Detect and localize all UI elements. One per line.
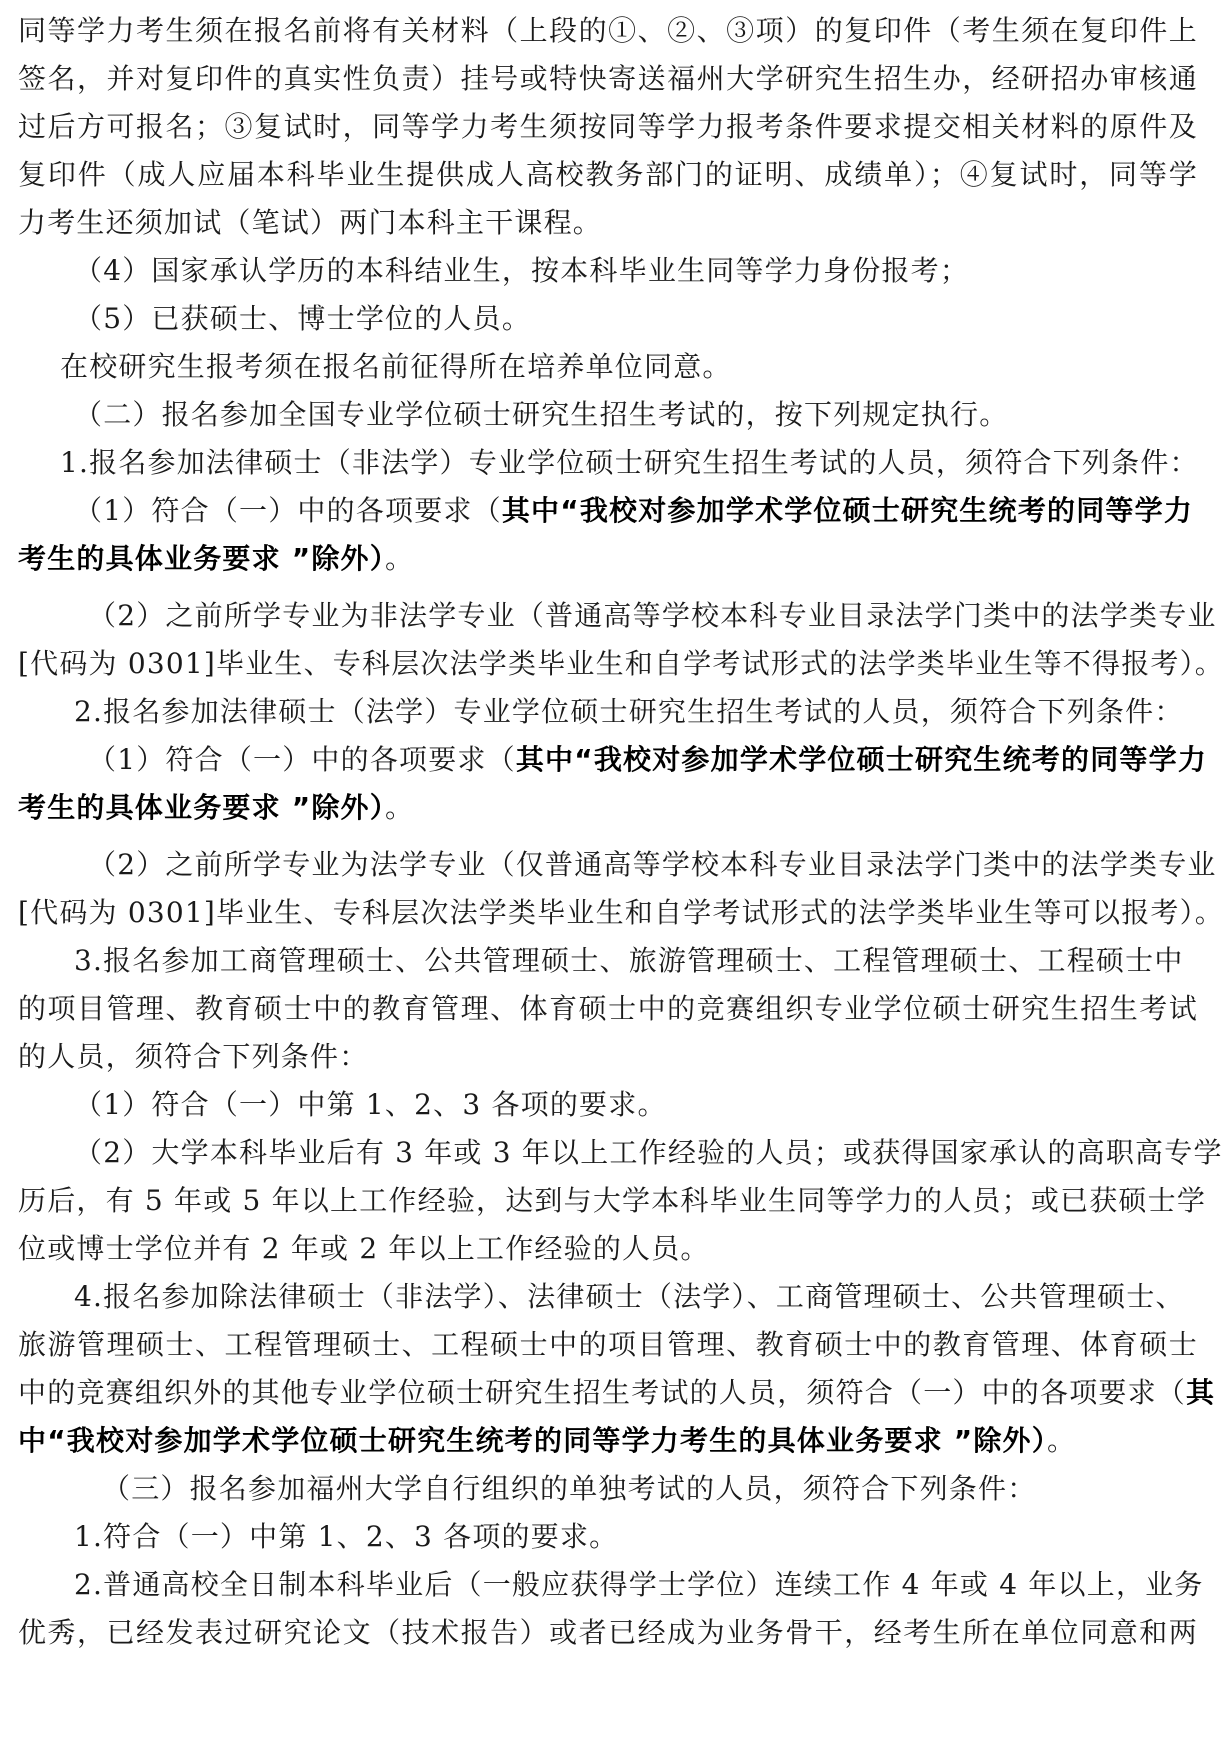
text-segment: 旅游管理硕士、工程管理硕士、工程硕士中的项目管理、教育硕士中的教育管理、体育硕士 <box>18 1328 1198 1361</box>
text-segment: 的项目管理、教育硕士中的教育管理、体育硕士中的竞赛组织专业学位硕士研究生招生考试 <box>18 992 1198 1025</box>
text-segment: （二）报名参加全国专业学位硕士研究生招生考试的，按下列规定执行。 <box>74 398 1008 431</box>
text-segment: 复印件（成人应届本科毕业生提供成人高校教务部门的证明、成绩单）；④复试时，同等学 <box>18 158 1198 191</box>
document-line: 力考生还须加试（笔试）两门本科主干课程。 <box>18 199 602 247</box>
document-line: 1.报名参加法律硕士（非法学）专业学位硕士研究生招生考试的人员，须符合下列条件： <box>60 439 1199 487</box>
text-segment: （5）已获硕士、博士学位的人员。 <box>74 302 531 335</box>
text-segment: 历后，有 5 年或 5 年以上工作经验，达到与大学本科毕业生同等学力的人员；或已… <box>18 1184 1206 1217</box>
bold-text-segment: 其中“我校对参加学术学位硕士研究生统考的同等学力 <box>516 743 1207 776</box>
document-line: [代码为 0301]毕业生、专科层次法学类毕业生和自学考试形式的法学类毕业生等不… <box>18 640 1224 688</box>
text-segment: 。 <box>385 791 414 824</box>
document-line: （二）报名参加全国专业学位硕士研究生招生考试的，按下列规定执行。 <box>74 391 1008 439</box>
document-line: 中的竞赛组织外的其他专业学位硕士研究生招生考试的人员，须符合（一）中的各项要求（… <box>18 1369 1215 1417</box>
document-line: （1）符合（一）中的各项要求（其中“我校对参加学术学位硕士研究生统考的同等学力 <box>74 487 1193 535</box>
document-line: 复印件（成人应届本科毕业生提供成人高校教务部门的证明、成绩单）；④复试时，同等学 <box>18 151 1198 199</box>
text-segment: 过后方可报名；③复试时，同等学力考生须按同等学力报考条件要求提交相关材料的原件及 <box>18 110 1198 143</box>
document-line: 3.报名参加工商管理硕士、公共管理硕士、旅游管理硕士、工程管理硕士、工程硕士中 <box>74 937 1184 985</box>
document-line: （4）国家承认学历的本科结业生，按本科毕业生同等学力身份报考； <box>74 247 969 295</box>
bold-text-segment: 考生的具体业务要求 ”除外） <box>18 791 385 824</box>
document-line: 考生的具体业务要求 ”除外）。 <box>18 535 414 583</box>
document-line: 2.报名参加法律硕士（法学）专业学位硕士研究生招生考试的人员，须符合下列条件： <box>74 688 1184 736</box>
text-segment: 2.普通高校全日制本科毕业后（一般应获得学士学位）连续工作 4 年或 4 年以上… <box>74 1568 1204 1601</box>
document-line: 在校研究生报考须在报名前征得所在培养单位同意。 <box>60 343 732 391</box>
document-line: （2）之前所学专业为非法学专业（普通高等学校本科专业目录法学门类中的法学类专业 <box>88 592 1217 640</box>
text-segment: 3.报名参加工商管理硕士、公共管理硕士、旅游管理硕士、工程管理硕士、工程硕士中 <box>74 944 1184 977</box>
document-line: （1）符合（一）中的各项要求（其中“我校对参加学术学位硕士研究生统考的同等学力 <box>88 736 1207 784</box>
text-segment: 签名，并对复印件的真实性负责）挂号或特快寄送福州大学研究生招生办，经研招办审核通 <box>18 62 1198 95</box>
document-line: 中“我校对参加学术学位硕士研究生统考的同等学力考生的具体业务要求 ”除外）。 <box>18 1417 1076 1465</box>
document-line: [代码为 0301]毕业生、专科层次法学类毕业生和自学考试形式的法学类毕业生等可… <box>18 889 1224 937</box>
document-line: 优秀，已经发表过研究论文（技术报告）或者已经成为业务骨干，经考生所在单位同意和两 <box>18 1609 1198 1657</box>
document-line: 同等学力考生须在报名前将有关材料（上段的①、②、③项）的复印件（考生须在复印件上 <box>18 7 1198 55</box>
text-segment: 力考生还须加试（笔试）两门本科主干课程。 <box>18 206 602 239</box>
text-segment: （1）符合（一）中第 1、2、3 各项的要求。 <box>74 1088 667 1121</box>
bold-text-segment: 中“我校对参加学术学位硕士研究生统考的同等学力考生的具体业务要求 ”除外） <box>18 1424 1047 1457</box>
document-line: 签名，并对复印件的真实性负责）挂号或特快寄送福州大学研究生招生办，经研招办审核通 <box>18 55 1198 103</box>
text-segment: 的人员，须符合下列条件： <box>18 1040 368 1073</box>
text-segment: （2）大学本科毕业后有 3 年或 3 年以上工作经验的人员；或获得国家承认的高职… <box>74 1136 1223 1169</box>
text-segment: （4）国家承认学历的本科结业生，按本科毕业生同等学力身份报考； <box>74 254 969 287</box>
text-segment: 在校研究生报考须在报名前征得所在培养单位同意。 <box>60 350 732 383</box>
document-line: （5）已获硕士、博士学位的人员。 <box>74 295 531 343</box>
text-segment: 2.报名参加法律硕士（法学）专业学位硕士研究生招生考试的人员，须符合下列条件： <box>74 695 1184 728</box>
text-segment: （三）报名参加福州大学自行组织的单独考试的人员，须符合下列条件： <box>102 1472 1036 1505</box>
text-segment: （1）符合（一）中的各项要求（ <box>74 494 502 527</box>
text-segment: 4.报名参加除法律硕士（非法学）、法律硕士（法学）、工商管理硕士、公共管理硕士、 <box>74 1280 1185 1313</box>
text-segment: 同等学力考生须在报名前将有关材料（上段的①、②、③项）的复印件（考生须在复印件上 <box>18 14 1198 47</box>
text-segment: （2）之前所学专业为法学专业（仅普通高等学校本科专业目录法学门类中的法学类专业 <box>88 848 1217 881</box>
document-line: 4.报名参加除法律硕士（非法学）、法律硕士（法学）、工商管理硕士、公共管理硕士、 <box>74 1273 1185 1321</box>
document-line: 1.符合（一）中第 1、2、3 各项的要求。 <box>74 1513 618 1561</box>
document-line: 旅游管理硕士、工程管理硕士、工程硕士中的项目管理、教育硕士中的教育管理、体育硕士 <box>18 1321 1198 1369</box>
text-segment: 位或博士学位并有 2 年或 2 年以上工作经验的人员。 <box>18 1232 710 1265</box>
text-segment: [代码为 0301]毕业生、专科层次法学类毕业生和自学考试形式的法学类毕业生等不… <box>18 647 1224 680</box>
document-line: 的项目管理、教育硕士中的教育管理、体育硕士中的竞赛组织专业学位硕士研究生招生考试 <box>18 985 1198 1033</box>
text-segment: 1.报名参加法律硕士（非法学）专业学位硕士研究生招生考试的人员，须符合下列条件： <box>60 446 1199 479</box>
text-segment: 1.符合（一）中第 1、2、3 各项的要求。 <box>74 1520 618 1553</box>
document-line: 2.普通高校全日制本科毕业后（一般应获得学士学位）连续工作 4 年或 4 年以上… <box>74 1561 1204 1609</box>
text-segment: （2）之前所学专业为非法学专业（普通高等学校本科专业目录法学门类中的法学类专业 <box>88 599 1217 632</box>
text-segment: 。 <box>385 542 414 575</box>
text-segment: 中的竞赛组织外的其他专业学位硕士研究生招生考试的人员，须符合（一）中的各项要求（ <box>18 1376 1186 1409</box>
document-line: （2）之前所学专业为法学专业（仅普通高等学校本科专业目录法学门类中的法学类专业 <box>88 841 1217 889</box>
document-line: （1）符合（一）中第 1、2、3 各项的要求。 <box>74 1081 667 1129</box>
document-line: 考生的具体业务要求 ”除外）。 <box>18 784 414 832</box>
text-segment: 。 <box>1047 1424 1076 1457</box>
text-segment: [代码为 0301]毕业生、专科层次法学类毕业生和自学考试形式的法学类毕业生等可… <box>18 896 1224 929</box>
bold-text-segment: 考生的具体业务要求 ”除外） <box>18 542 385 575</box>
bold-text-segment: 其 <box>1186 1376 1215 1409</box>
document-line: 的人员，须符合下列条件： <box>18 1033 368 1081</box>
document-line: 过后方可报名；③复试时，同等学力考生须按同等学力报考条件要求提交相关材料的原件及 <box>18 103 1198 151</box>
document-line: （2）大学本科毕业后有 3 年或 3 年以上工作经验的人员；或获得国家承认的高职… <box>74 1129 1223 1177</box>
bold-text-segment: 其中“我校对参加学术学位硕士研究生统考的同等学力 <box>502 494 1193 527</box>
document-line: 历后，有 5 年或 5 年以上工作经验，达到与大学本科毕业生同等学力的人员；或已… <box>18 1177 1198 1225</box>
text-segment: 优秀，已经发表过研究论文（技术报告）或者已经成为业务骨干，经考生所在单位同意和两 <box>18 1616 1198 1649</box>
document-line: 位或博士学位并有 2 年或 2 年以上工作经验的人员。 <box>18 1225 710 1273</box>
text-segment: （1）符合（一）中的各项要求（ <box>88 743 516 776</box>
document-line: （三）报名参加福州大学自行组织的单独考试的人员，须符合下列条件： <box>102 1465 1036 1513</box>
